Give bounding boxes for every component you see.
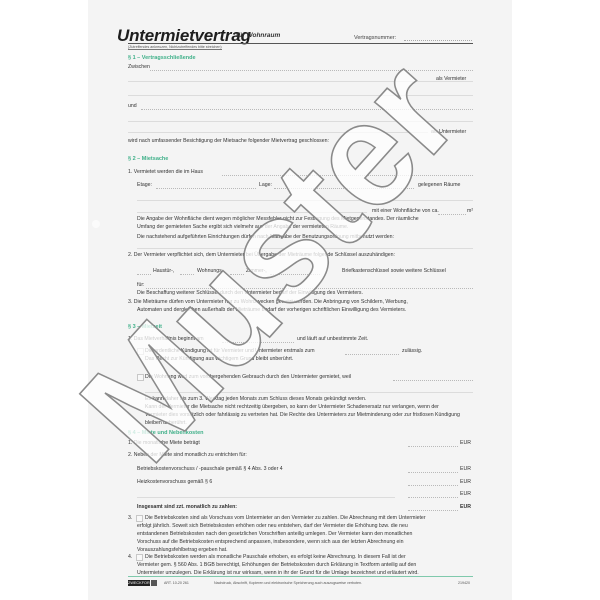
opt1-suffix: zulässig.	[402, 348, 422, 354]
section-3-heading: § 3 – Mietzeit	[128, 324, 162, 330]
and-label: und	[128, 103, 137, 109]
brand-logo: ZWECKFORM	[128, 580, 150, 586]
section-4-heading: § 4 – Miete und Nebenkosten	[128, 430, 204, 436]
heating-costs-field[interactable]	[408, 485, 458, 486]
currency-label: EUR	[460, 466, 471, 472]
divider	[128, 95, 473, 96]
area-label: mit einer Wohnfläche von ca.	[372, 208, 439, 214]
flat-rate-checkbox[interactable]	[136, 554, 143, 561]
termination-date-field[interactable]	[345, 354, 399, 355]
temporary-reason-field[interactable]	[393, 380, 473, 381]
opt1-text: Die ordentliche Kündigung ist für Vermie…	[145, 348, 315, 354]
key-front-door: Haustür-,	[153, 268, 174, 274]
notice-line-3: Vermieter dies vorsätzlich oder fahrläss…	[145, 412, 460, 418]
notice-line-1: Es kann daher bis zum 3. Werktag jeden M…	[145, 396, 366, 402]
facilities-text: Die nachstehend aufgeführten Einrichtung…	[137, 234, 394, 240]
s4-item1: 1. Die monatliche Miete beträgt	[128, 440, 200, 446]
as-landlord-label: als Vermieter	[436, 76, 466, 82]
landlord-name-field[interactable]	[150, 70, 473, 71]
copyright-notice: Nachdruck, Abschrift, Kopieren und elekt…	[214, 581, 362, 585]
key-count-apartment[interactable]	[180, 274, 194, 275]
location-label: Lage:	[259, 182, 272, 188]
notice-line-4: bleiben unberührt.	[145, 420, 187, 426]
key-count-room[interactable]	[230, 274, 244, 275]
for-label: für:	[137, 282, 145, 288]
form-code: 219420	[458, 581, 470, 585]
currency-label: EUR	[460, 479, 471, 485]
floor-label: Etage:	[137, 182, 152, 188]
location-field[interactable]	[274, 188, 414, 189]
notice-line-2: Kann der Vermieter die Mietsache nicht r…	[145, 404, 439, 410]
s4-item2: 2. Neben der Miete sind monatlich zu ent…	[128, 452, 247, 458]
document-subtitle: für Wohnraum	[236, 32, 280, 39]
currency-label: EUR	[460, 504, 471, 510]
area-note-2: Umfang der gemieteten Sache ergibt sich …	[137, 224, 348, 230]
section-1-heading: § 1 – Vertragsschließende	[128, 55, 196, 61]
rooms-description-field-2[interactable]	[137, 212, 367, 213]
article-number: ART. 10-20 261	[164, 581, 189, 585]
between-label: Zwischen	[128, 64, 150, 70]
currency-label: EUR	[460, 491, 471, 497]
item-3-number: 3.	[128, 515, 132, 521]
item-4-number: 4.	[128, 554, 132, 560]
total-label: Insgesamt sind zzt. monatlich zu zahlen:	[137, 504, 237, 510]
operating-costs-field[interactable]	[408, 472, 458, 473]
heating-costs-label: Heizkostenvorschuss gemäß § 6	[137, 479, 212, 485]
temporary-reason-field-2[interactable]	[145, 392, 473, 393]
subtenant-address-field[interactable]	[128, 121, 473, 122]
s2-item2: 2. Der Vermieter verpflichtet sich, dem …	[128, 252, 395, 258]
contract-closing-text: wird nach umfassender Besichtigung der M…	[128, 138, 329, 144]
rent-amount-field[interactable]	[408, 446, 458, 447]
keys-note: Die Beschaffung weiterer Schlüssel durch…	[137, 290, 363, 296]
footer-rule	[128, 576, 473, 577]
subtenant-name-field[interactable]	[141, 109, 473, 110]
punch-hole	[92, 220, 100, 228]
key-count-front-door[interactable]	[137, 274, 151, 275]
section-2-heading: § 2 – Mietsache	[128, 156, 168, 162]
item3-line1: Die Betriebskosten sind als Vorschuss vo…	[145, 515, 426, 521]
item4-line1: Die Betriebskosten werden als monatliche…	[145, 554, 406, 560]
floor-field[interactable]	[156, 188, 256, 189]
currency-label: EUR	[460, 440, 471, 446]
as-subtenant-label: als Untermieter	[431, 129, 466, 135]
s2-item1: 1. Vermietet werden die im Haus	[128, 169, 203, 175]
header-rule	[128, 43, 473, 44]
punch-hole	[92, 400, 100, 408]
item4-line2: Vermieter gem. § 560 Abs. 1 BGB berechti…	[137, 562, 416, 568]
s3-item1-start: 1. Das Mietverhältnis beginnt am	[128, 336, 204, 342]
house-address-field[interactable]	[222, 175, 473, 176]
s2-item3-line2: Automaten und dergleichen außerhalb der …	[137, 307, 406, 313]
other-costs-field[interactable]	[408, 497, 458, 498]
temporary-use-checkbox[interactable]	[137, 374, 144, 381]
item3-line3: entstandenen Betriebskosten nach den ges…	[137, 531, 412, 537]
operating-costs-label: Betriebskostenvorschuss / -pauschale gem…	[137, 466, 283, 472]
item3-line4: Vorschuss auf die Betriebskosten entspre…	[137, 539, 403, 545]
subtenant-extra-field[interactable]	[128, 132, 428, 133]
total-amount-field[interactable]	[408, 510, 458, 511]
rooms-label: gelegenen Räume	[418, 182, 460, 188]
opt1-note: Das Recht zur Kündigung aus wichtigem Gr…	[145, 356, 293, 362]
brand-logo-icon	[151, 580, 157, 586]
facilities-field[interactable]	[137, 248, 473, 249]
instruction-hint: (Zutreffendes ankreuzen, Nichtzutreffend…	[128, 45, 222, 50]
contract-number-label: Vertragsnummer:	[354, 35, 396, 41]
start-date-field[interactable]	[222, 342, 294, 343]
ordinary-termination-checkbox[interactable]	[137, 348, 144, 355]
item3-line2: erfolgt jährlich. Soweit sich Betriebsko…	[137, 523, 408, 529]
landlord-address-field[interactable]	[128, 81, 473, 82]
contract-number-field[interactable]	[404, 40, 472, 41]
advance-payment-checkbox[interactable]	[136, 515, 143, 522]
area-unit: m²	[467, 208, 473, 214]
key-room: Zimmer-,	[246, 268, 267, 274]
area-field[interactable]	[438, 214, 466, 215]
item3-line5: Vorauszahlungsfehlbetrag ergeben hat.	[137, 547, 228, 553]
s3-item1-end: und läuft auf unbestimmte Zeit.	[297, 336, 368, 342]
keys-for-field[interactable]	[146, 288, 473, 289]
rooms-description-field[interactable]	[137, 200, 473, 201]
key-mailbox-more: Briefkastenschlüssel sowie weitere Schlü…	[342, 268, 446, 274]
opt2-text: Die Wohnung wird zum vorübergehenden Geb…	[145, 374, 351, 380]
key-count-mailbox[interactable]	[270, 274, 320, 275]
area-note-1: Die Angabe der Wohnfläche dient wegen mö…	[137, 216, 419, 222]
s2-item3-line1: 3. Die Mieträume dürfen vom Untermieter …	[128, 299, 408, 305]
key-apartment: Wohnungs-,	[197, 268, 225, 274]
other-costs-label-field[interactable]	[137, 497, 395, 498]
